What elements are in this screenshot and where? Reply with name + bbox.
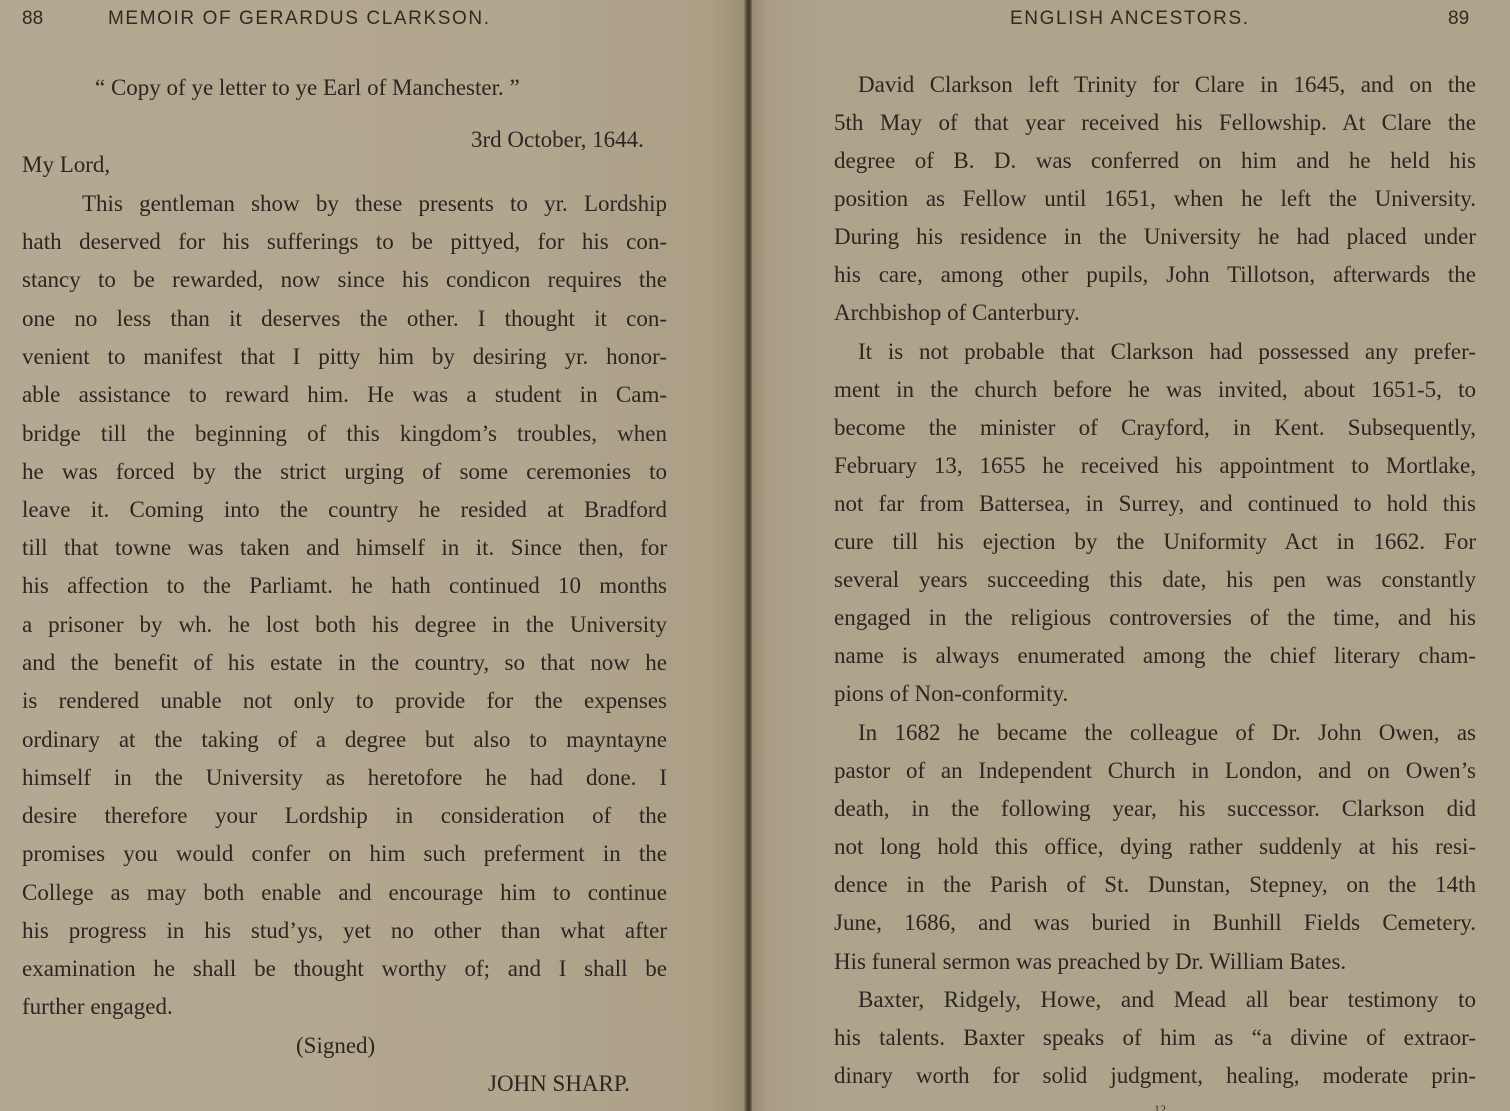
body-line: he was forced by the strict urging of so… [22,458,667,486]
body-line: and the benefit of his estate in the cou… [22,649,667,677]
body-line: a prisoner by wh. he lost both his degre… [22,611,667,639]
body-line: stancy to be rewarded, now since his con… [22,266,667,294]
body-line: leave it. Coming into the country he res… [22,496,667,524]
letter-date: 3rd October, 1644. [471,126,644,154]
body-line: During his residence in the University h… [834,223,1476,251]
body-line: dinary worth for solid judgment, healing… [834,1062,1476,1090]
right-page: ENGLISH ANCESTORS. 89 David Clarkson lef… [752,0,1510,1111]
body-line: his talents. Baxter speaks of him as “a … [834,1024,1476,1052]
body-line: not long hold this office, dying rather … [834,833,1476,861]
body-line: cure till his ejection by the Uniformity… [834,528,1476,556]
page-number-left: 88 [22,8,43,30]
running-head-right: ENGLISH ANCESTORS. [1010,8,1250,30]
body-line: June, 1686, and was buried in Bunhill Fi… [834,909,1476,937]
body-line: himself in the University as heretofore … [22,764,667,792]
body-line: This gentleman show by these presents to… [22,190,667,218]
body-line: position as Fellow until 1651, when he l… [834,185,1476,213]
left-page: 88 MEMOIR OF GERARDUS CLARKSON. “ Copy o… [0,0,745,1111]
body-line: desire therefore your Lordship in consid… [22,802,667,830]
body-line: Archbishop of Canterbury. [834,299,1476,327]
body-line: Baxter, Ridgely, Howe, and Mead all bear… [834,986,1476,1014]
body-line: his care, among other pupils, John Tillo… [834,261,1476,289]
body-line: his affection to the Parliamt. he hath c… [22,572,667,600]
body-line: pastor of an Independent Church in Londo… [834,757,1476,785]
body-line: able assistance to reward him. He was a … [22,381,667,409]
body-line: It is not probable that Clarkson had pos… [834,338,1476,366]
body-line: death, in the following year, his succes… [834,795,1476,823]
body-line: become the minister of Crayford, in Kent… [834,414,1476,442]
body-line: is rendered unable not only to provide f… [22,687,667,715]
body-line: David Clarkson left Trinity for Clare in… [834,71,1476,99]
body-line: bridge till the beginning of this kingdo… [22,420,667,448]
body-line: promises you would confer on him such pr… [22,840,667,868]
body-line: College as may both enable and encourage… [22,879,667,907]
letter-salutation: My Lord, [22,151,110,179]
body-line: not far from Battersea, in Surrey, and c… [834,490,1476,518]
running-head-left: MEMOIR OF GERARDUS CLARKSON. [108,8,491,30]
body-line: his progress in his stud’ys, yet no othe… [22,917,667,945]
body-line: pions of Non-conformity. [834,680,1476,708]
page-number-right: 89 [1448,8,1469,30]
signed-label: (Signed) [296,1032,375,1060]
body-line: name is always enumerated among the chie… [834,642,1476,670]
letter-title: “ Copy of ye letter to ye Earl of Manche… [95,74,520,102]
body-line: further engaged. [22,993,667,1021]
body-line: February 13, 1655 he received his appoin… [834,452,1476,480]
signature-mark: 12 [1154,1102,1166,1111]
body-line: till that towne was taken and himself in… [22,534,667,562]
body-line: 5th May of that year received his Fellow… [834,109,1476,137]
body-line: one no less than it deserves the other. … [22,305,667,333]
body-line: In 1682 he became the colleague of Dr. J… [834,719,1476,747]
body-line: dence in the Parish of St. Dunstan, Step… [834,871,1476,899]
body-line: degree of B. D. was conferred on him and… [834,147,1476,175]
body-line: ment in the church before he was invited… [834,376,1476,404]
body-line: several years succeeding this date, his … [834,566,1476,594]
body-line: His funeral sermon was preached by Dr. W… [834,948,1476,976]
body-line: engaged in the religious controversies o… [834,604,1476,632]
body-line: hath deserved for his sufferings to be p… [22,228,667,256]
body-line: venient to manifest that I pitty him by … [22,343,667,371]
signatory-name: JOHN SHARP. [488,1070,630,1098]
body-line: examination he shall be thought worthy o… [22,955,667,983]
body-line: ordinary at the taking of a degree but a… [22,726,667,754]
